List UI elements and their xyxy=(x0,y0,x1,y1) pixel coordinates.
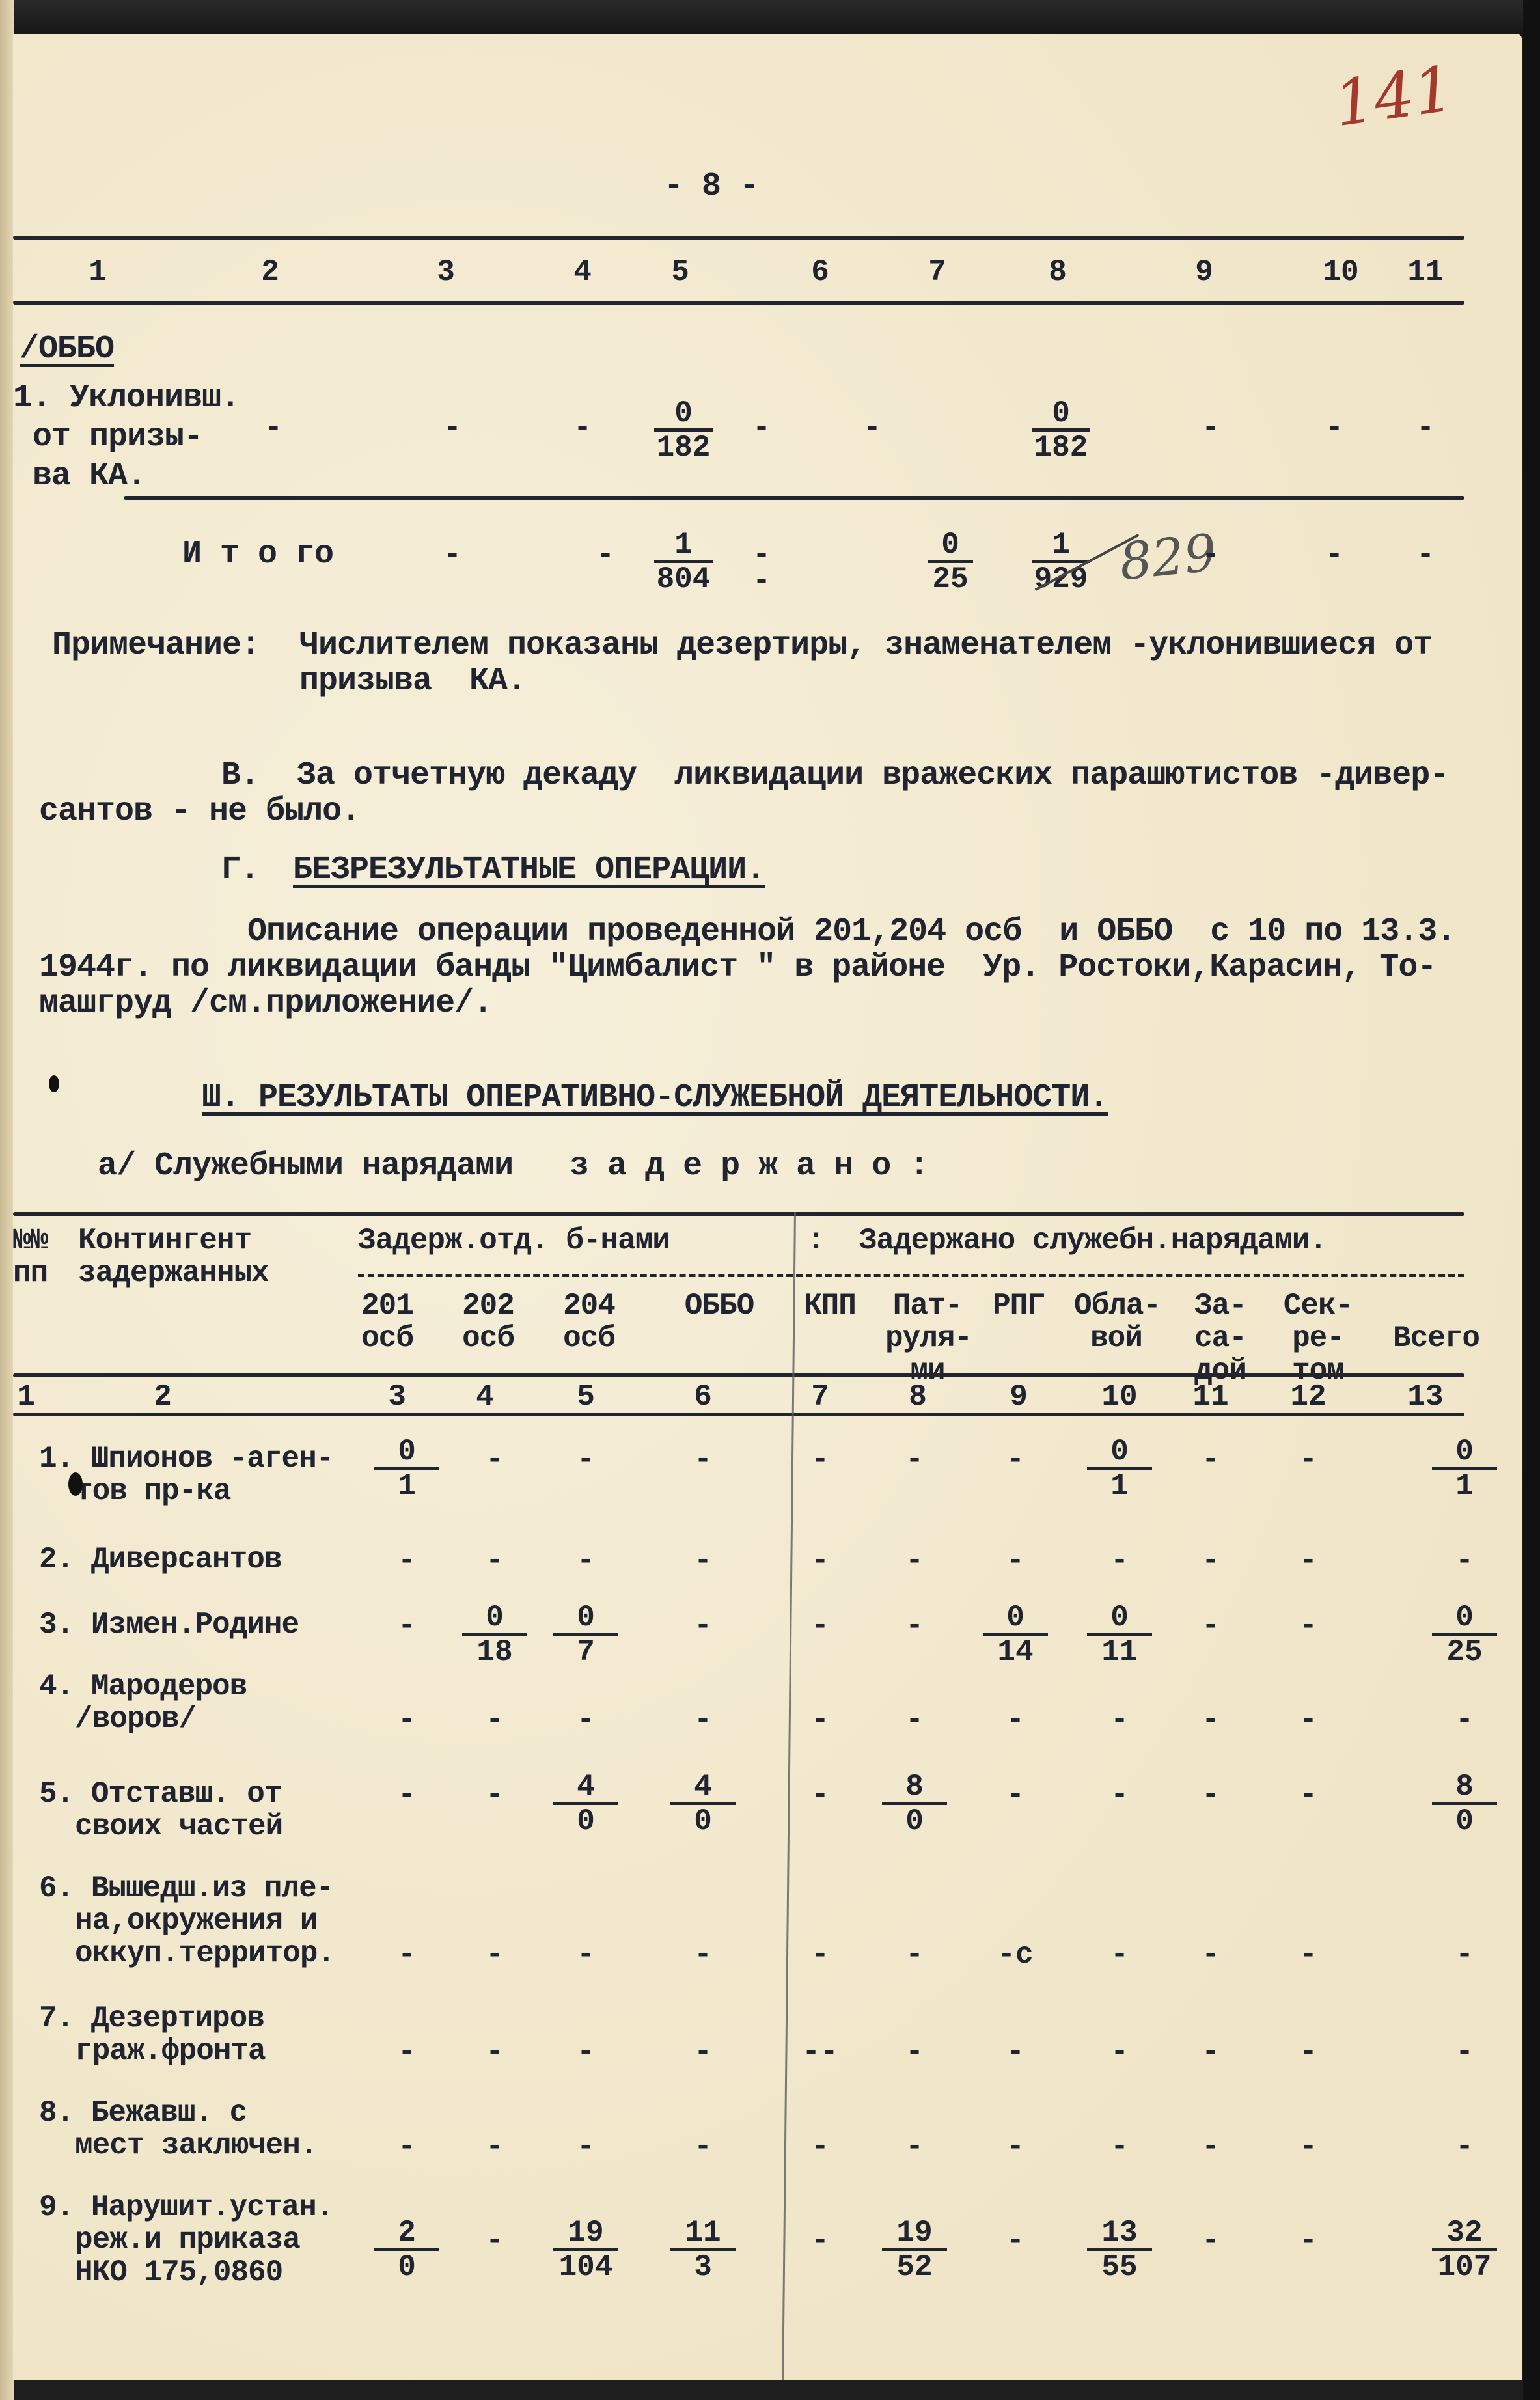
cell: - xyxy=(888,2130,941,2164)
subheader-cell: осб xyxy=(446,1323,530,1354)
cell: - xyxy=(560,1544,612,1578)
rule xyxy=(13,1413,1464,1416)
fraction-cell: 07 xyxy=(553,1603,618,1667)
cell: - xyxy=(1282,2130,1334,2164)
cell: - xyxy=(469,1544,521,1578)
column-number: 7 xyxy=(911,255,963,289)
punch-hole xyxy=(68,1472,83,1496)
section-g-line1: Описание операции проведенной 201,204 ос… xyxy=(247,916,1455,948)
column-number: 11 xyxy=(1399,255,1451,289)
row-label: 1. Шпионов -аген- xyxy=(39,1443,333,1474)
subheader-cell: вой xyxy=(1074,1323,1159,1354)
cell: - xyxy=(888,1703,941,1737)
section-g-letter: Г. xyxy=(221,854,259,887)
cell: - xyxy=(1282,1703,1334,1737)
fraction-cell: 20 xyxy=(374,2218,439,2282)
cell: - xyxy=(989,1544,1041,1578)
cell: - xyxy=(381,2130,433,2164)
fraction-cell: 014 xyxy=(983,1603,1048,1667)
cell: - xyxy=(469,1703,521,1737)
cell: - xyxy=(1282,1609,1334,1643)
fraction-cell: 80 xyxy=(1432,1772,1497,1836)
cell: - xyxy=(1185,1703,1237,1737)
dashed-rule xyxy=(358,1274,1464,1277)
cell: - xyxy=(677,1544,729,1578)
cell: - xyxy=(736,411,788,445)
fraction-col8: 0182 xyxy=(1032,398,1090,463)
cell: - xyxy=(1282,2224,1334,2258)
cell: - xyxy=(247,411,299,445)
column-number: 9 xyxy=(1178,255,1230,289)
column-number: 1 xyxy=(0,1380,52,1414)
cell: - xyxy=(469,1938,521,1972)
fraction-cell: 01 xyxy=(1087,1437,1152,1501)
column-number: 13 xyxy=(1399,1380,1451,1414)
total-col7: 025 xyxy=(928,530,973,594)
cell: - xyxy=(469,2130,521,2164)
cell: - xyxy=(560,2130,612,2164)
cell: - xyxy=(794,1938,846,1972)
cell: - xyxy=(1185,1778,1237,1812)
cell: - xyxy=(469,1778,521,1812)
cell: - xyxy=(989,1778,1041,1812)
header-num-line2: пп xyxy=(13,1258,48,1289)
section-v-line2: сантов - не было. xyxy=(39,795,360,828)
cell: - xyxy=(1438,1938,1491,1972)
row-label: реж.и приказа xyxy=(75,2224,300,2255)
cell: - xyxy=(794,2224,846,2258)
cell: - xyxy=(1308,411,1360,445)
page-number: - 8 - xyxy=(664,171,758,203)
cell: - xyxy=(677,2035,729,2069)
cell: - xyxy=(736,564,788,598)
column-number: 6 xyxy=(794,255,846,289)
header-group2-title: : Задержано служебн.нарядами. xyxy=(807,1225,1327,1256)
note-line2: призыва КА. xyxy=(299,665,526,698)
fraction-cell: 113 xyxy=(670,2218,736,2282)
column-number: 9 xyxy=(993,1380,1045,1414)
section-g-line2: 1944г. по ликвидации банды "Цимбалист " … xyxy=(39,952,1436,984)
subheader-cell: осб xyxy=(547,1323,631,1354)
cell: - xyxy=(426,411,478,445)
cell: - xyxy=(381,1938,433,1972)
column-number: 4 xyxy=(459,1380,511,1414)
cell: - xyxy=(1438,2130,1491,2164)
subheader-cell: ре- xyxy=(1276,1323,1360,1354)
column-number: 5 xyxy=(654,255,706,289)
total-rule xyxy=(124,496,1464,500)
column-number: 12 xyxy=(1282,1380,1334,1414)
cell: - xyxy=(1438,1544,1491,1578)
subheader-cell: са- xyxy=(1178,1323,1263,1354)
cell: - xyxy=(1093,1938,1146,1972)
cell: - xyxy=(1093,2035,1146,2069)
row-label-line3: ва КА. xyxy=(33,460,146,493)
cell: - xyxy=(888,1938,941,1972)
cell: - xyxy=(1185,1609,1237,1643)
note-label: Примечание: xyxy=(52,629,260,662)
cell: - xyxy=(1093,1703,1146,1737)
cell: - xyxy=(888,1443,941,1477)
cell: - xyxy=(677,1938,729,1972)
column-number: 10 xyxy=(1093,1380,1146,1414)
cell: -с xyxy=(989,1938,1041,1972)
column-number: 3 xyxy=(420,255,472,289)
cell: - xyxy=(426,538,478,572)
fraction-cell: 19104 xyxy=(553,2218,618,2282)
section-g-heading: БЕЗРЕЗУЛЬТАТНЫЕ ОПЕРАЦИИ. xyxy=(293,854,765,887)
cell: - xyxy=(560,2035,612,2069)
section-iii-heading: Ш. РЕЗУЛЬТАТЫ ОПЕРАТИВНО-СЛУЖЕБНОЙ ДЕЯТЕ… xyxy=(202,1082,1108,1114)
cell: - xyxy=(579,538,631,572)
cell: - xyxy=(1093,1544,1146,1578)
column-number: 3 xyxy=(371,1380,423,1414)
row-label: на,окружения и xyxy=(75,1905,317,1937)
cell: - xyxy=(381,2035,433,2069)
cell: - xyxy=(989,1703,1041,1737)
cell: - xyxy=(1185,538,1237,572)
cell: -- xyxy=(794,2035,846,2069)
fraction-cell: 1355 xyxy=(1087,2218,1152,2282)
cell: - xyxy=(1185,2035,1237,2069)
subheader-cell: РПГ xyxy=(976,1290,1061,1321)
row-label: 4. Мародеров xyxy=(39,1671,247,1702)
cell: - xyxy=(1185,1938,1237,1972)
column-number: 2 xyxy=(137,1380,189,1414)
cell: - xyxy=(989,2035,1041,2069)
rule xyxy=(13,236,1464,240)
cell: - xyxy=(677,1703,729,1737)
subheader-cell: ОББО xyxy=(677,1290,762,1321)
cell: - xyxy=(557,411,609,445)
cell: - xyxy=(1438,1703,1491,1737)
row-label: тов пр-ка xyxy=(75,1476,230,1507)
row-label: 5. Отставш. от xyxy=(39,1778,281,1810)
column-number: 10 xyxy=(1315,255,1367,289)
cell: - xyxy=(469,2035,521,2069)
cell: - xyxy=(794,1443,846,1477)
row-label: своих частей xyxy=(75,1811,282,1842)
cell: - xyxy=(888,1609,941,1643)
fraction-cell: 01 xyxy=(374,1437,439,1501)
column-number: 2 xyxy=(244,255,296,289)
section-g-line3: машгруд /см.приложение/. xyxy=(39,987,492,1020)
cell: - xyxy=(381,1703,433,1737)
cell: - xyxy=(677,2130,729,2164)
subheader-cell: 201 xyxy=(345,1290,430,1321)
cell: - xyxy=(794,1609,846,1643)
total-label: И т о го xyxy=(182,538,333,571)
section-iii-subheading: а/ Служебными нарядами з а д е р ж а н о… xyxy=(98,1150,928,1183)
cell: - xyxy=(1282,1443,1334,1477)
cell: - xyxy=(1185,411,1237,445)
archive-folio-number: 141 xyxy=(1330,52,1458,141)
column-number: 4 xyxy=(557,255,609,289)
row-label: 9. Нарушит.устан. xyxy=(39,2192,333,2223)
row-label-line1: 1. Уклонивш. xyxy=(13,382,240,415)
row-label-line2: от призы- xyxy=(33,421,202,454)
cell: - xyxy=(989,2130,1041,2164)
column-number: 8 xyxy=(892,1380,944,1414)
cell: - xyxy=(381,1544,433,1578)
cell: - xyxy=(560,1938,612,1972)
scan-background-right xyxy=(1523,0,1540,2400)
cell: - xyxy=(1185,1443,1237,1477)
fraction-cell: 018 xyxy=(462,1603,527,1667)
row-label: 7. Дезертиров xyxy=(39,2003,264,2034)
column-number: 7 xyxy=(794,1380,846,1414)
subheader-cell: Обла- xyxy=(1074,1290,1159,1321)
scan-background-top xyxy=(0,0,1540,36)
punch-hole xyxy=(49,1075,59,1092)
column-number: 8 xyxy=(1032,255,1084,289)
subheader-cell: За- xyxy=(1178,1290,1263,1321)
fraction-col5: 0182 xyxy=(654,398,713,463)
cell: - xyxy=(989,2224,1041,2258)
cell: - xyxy=(1308,538,1360,572)
cell: - xyxy=(677,1443,729,1477)
cell: - xyxy=(989,1443,1041,1477)
subheader-cell: Сек- xyxy=(1276,1290,1360,1321)
fraction-cell: 011 xyxy=(1087,1603,1152,1667)
row-label: мест заключен. xyxy=(75,2130,317,2161)
note-line1: Числителем показаны дезертиры, знаменате… xyxy=(299,629,1432,662)
document-page: 141 - 8 - 1234567891011 /ОББО 1. Уклонив… xyxy=(13,34,1522,2380)
row-label: НКО 175,0860 xyxy=(75,2257,282,2288)
subheader-cell: Всего xyxy=(1393,1323,1478,1354)
cell: - xyxy=(1282,2035,1334,2069)
section-v-line1: В. За отчетную декаду ликвидации вражеск… xyxy=(221,760,1448,792)
row-label: 6. Вышедш.из пле- xyxy=(39,1873,333,1904)
subheader-cell: 204 xyxy=(547,1290,631,1321)
cell: - xyxy=(560,1443,612,1477)
cell: - xyxy=(1282,1938,1334,1972)
cell: - xyxy=(381,1778,433,1812)
subheader-cell: осб xyxy=(345,1323,430,1354)
column-number: 5 xyxy=(560,1380,612,1414)
cell: - xyxy=(1438,2035,1491,2069)
subheader-cell: 202 xyxy=(446,1290,530,1321)
fraction-cell: 40 xyxy=(670,1772,736,1836)
cell: - xyxy=(1399,411,1451,445)
cell: - xyxy=(1093,2130,1146,2164)
section-label-obbo: /ОББО xyxy=(20,333,114,366)
column-number: 1 xyxy=(72,255,124,289)
rule xyxy=(13,1373,1464,1377)
row-label: 3. Измен.Родине xyxy=(39,1609,299,1640)
row-label: оккуп.территор. xyxy=(75,1938,335,1969)
rule xyxy=(13,1212,1464,1216)
rule xyxy=(13,301,1464,305)
row-label: 2. Диверсантов xyxy=(39,1544,281,1575)
column-number: 6 xyxy=(677,1380,729,1414)
cell: - xyxy=(677,1609,729,1643)
header-contingent-line2: задержанных xyxy=(78,1258,269,1289)
column-number: 11 xyxy=(1185,1380,1237,1414)
cell: - xyxy=(1093,1778,1146,1812)
fraction-cell: 1952 xyxy=(882,2218,947,2282)
cell: - xyxy=(794,1703,846,1737)
cell: - xyxy=(846,411,898,445)
cell: - xyxy=(1399,538,1451,572)
total-col5: 1804 xyxy=(654,530,713,594)
header-group1-title: Задерж.отд. б-нами xyxy=(358,1225,670,1256)
cell: - xyxy=(469,2224,521,2258)
cell: - xyxy=(794,1778,846,1812)
fraction-cell: 01 xyxy=(1432,1437,1497,1501)
cell: - xyxy=(888,2035,941,2069)
subheader-cell: Пат- xyxy=(885,1290,970,1321)
header-num-line1: №№ xyxy=(13,1225,48,1256)
fraction-cell: 32107 xyxy=(1432,2218,1497,2282)
row-label: /воров/ xyxy=(75,1703,196,1735)
fraction-cell: 80 xyxy=(882,1772,947,1836)
fraction-cell: 025 xyxy=(1432,1603,1497,1667)
cell: - xyxy=(794,1544,846,1578)
fraction-cell: 40 xyxy=(553,1772,618,1836)
cell: - xyxy=(560,1703,612,1737)
binding-edge xyxy=(0,0,14,2400)
cell: - xyxy=(1282,1544,1334,1578)
header-contingent-line1: Контингент xyxy=(78,1225,251,1256)
cell: - xyxy=(794,2130,846,2164)
row-label: граж.фронта xyxy=(75,2035,266,2067)
subheader-cell: руля- xyxy=(885,1323,970,1354)
cell: - xyxy=(1185,2130,1237,2164)
cell: - xyxy=(888,1544,941,1578)
cell: - xyxy=(1185,1544,1237,1578)
cell: - xyxy=(1185,2224,1237,2258)
row-label: 8. Бежавш. с xyxy=(39,2097,247,2129)
cell: - xyxy=(469,1443,521,1477)
cell: - xyxy=(1282,1778,1334,1812)
cell: - xyxy=(381,1609,433,1643)
subheader-cell: КПП xyxy=(788,1290,872,1321)
total-col8: 1929 xyxy=(1032,530,1090,594)
